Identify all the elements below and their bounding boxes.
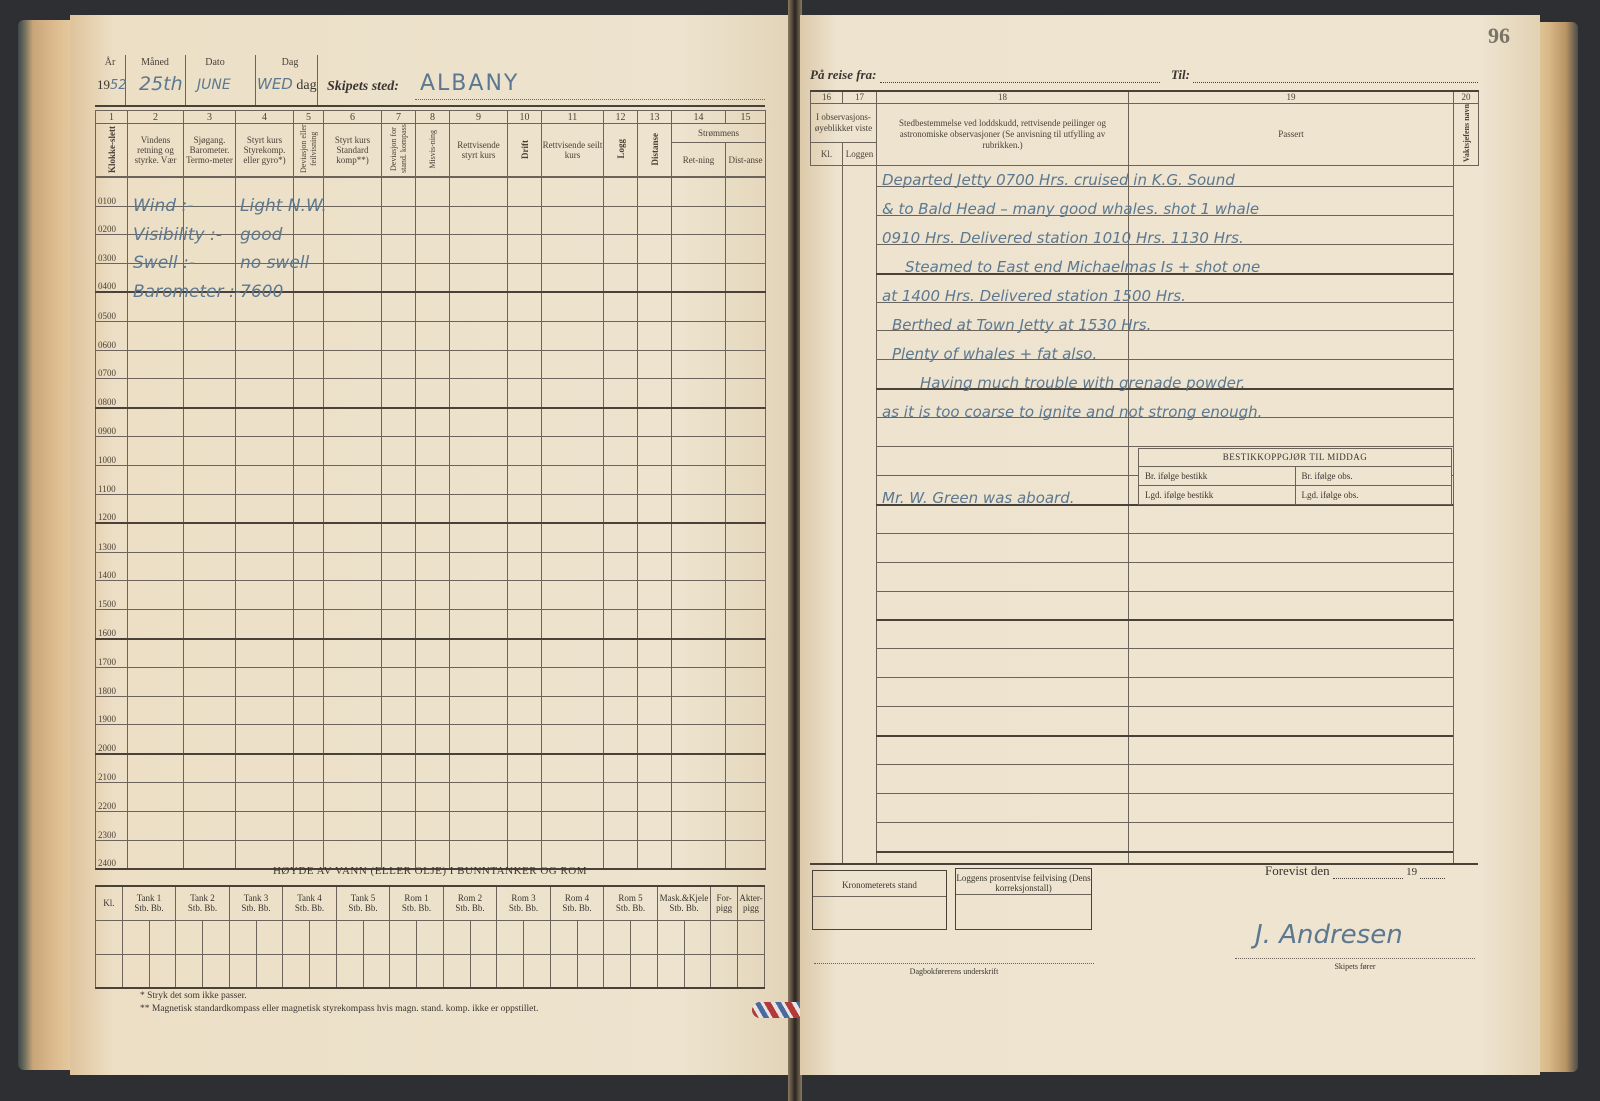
- tank-cell[interactable]: [122, 954, 149, 988]
- log-cell[interactable]: [508, 178, 542, 207]
- log-cell[interactable]: [726, 321, 766, 350]
- log-cell[interactable]: [324, 350, 382, 379]
- log-cell[interactable]: [638, 263, 672, 292]
- log-cell[interactable]: [416, 263, 450, 292]
- log-cell[interactable]: [236, 494, 294, 523]
- log-cell[interactable]: [450, 494, 508, 523]
- log-cell[interactable]: [726, 465, 766, 494]
- log-cell[interactable]: [542, 178, 604, 207]
- log-cell[interactable]: [508, 465, 542, 494]
- log-cell[interactable]: [604, 812, 638, 841]
- log-cell[interactable]: [604, 696, 638, 725]
- log-cell[interactable]: [508, 350, 542, 379]
- log-cell[interactable]: [236, 754, 294, 783]
- tank-cell[interactable]: [550, 954, 577, 988]
- log-cell[interactable]: [672, 725, 726, 754]
- log-cell[interactable]: [294, 581, 324, 610]
- log-cell[interactable]: [508, 263, 542, 292]
- log-cell[interactable]: [324, 379, 382, 408]
- log-cell[interactable]: [450, 812, 508, 841]
- log-cell[interactable]: [416, 696, 450, 725]
- log-cell[interactable]: [508, 696, 542, 725]
- log-cell[interactable]: [324, 235, 382, 264]
- log-cell[interactable]: [236, 465, 294, 494]
- log-cell[interactable]: [324, 263, 382, 292]
- log-cell[interactable]: [726, 206, 766, 235]
- log-cell[interactable]: [542, 552, 604, 581]
- log-cell[interactable]: [450, 581, 508, 610]
- log-cell[interactable]: [604, 725, 638, 754]
- log-cell[interactable]: [128, 408, 184, 437]
- log-cell[interactable]: [416, 379, 450, 408]
- log-cell[interactable]: [604, 494, 638, 523]
- tank-cell[interactable]: [738, 920, 765, 954]
- log-cell[interactable]: [236, 812, 294, 841]
- log-cell[interactable]: [508, 754, 542, 783]
- tank-cell[interactable]: [256, 920, 283, 954]
- log-cell[interactable]: [508, 321, 542, 350]
- log-cell[interactable]: [128, 609, 184, 638]
- tank-cell[interactable]: [336, 920, 363, 954]
- log-cell[interactable]: [236, 437, 294, 466]
- log-cell[interactable]: [604, 581, 638, 610]
- log-cell[interactable]: [324, 178, 382, 207]
- log-cell[interactable]: [294, 408, 324, 437]
- log-cell[interactable]: [128, 783, 184, 812]
- tank-cell[interactable]: [684, 954, 711, 988]
- log-cell[interactable]: [508, 437, 542, 466]
- log-cell[interactable]: [508, 235, 542, 264]
- log-cell[interactable]: [450, 668, 508, 697]
- tank-cell[interactable]: [283, 920, 310, 954]
- log-cell[interactable]: [294, 639, 324, 668]
- log-cell[interactable]: [324, 754, 382, 783]
- log-cell[interactable]: [324, 552, 382, 581]
- log-cell[interactable]: [382, 178, 416, 207]
- log-cell[interactable]: [604, 321, 638, 350]
- log-cell[interactable]: [128, 523, 184, 552]
- log-cell[interactable]: [638, 696, 672, 725]
- log-cell[interactable]: [324, 812, 382, 841]
- tank-cell[interactable]: [229, 954, 256, 988]
- log-cell[interactable]: [294, 379, 324, 408]
- log-cell[interactable]: [236, 523, 294, 552]
- log-cell[interactable]: [184, 465, 236, 494]
- log-cell[interactable]: [672, 178, 726, 207]
- log-cell[interactable]: [604, 408, 638, 437]
- log-cell[interactable]: [508, 609, 542, 638]
- log-cell[interactable]: [128, 754, 184, 783]
- log-cell[interactable]: [382, 465, 416, 494]
- log-cell[interactable]: [542, 783, 604, 812]
- log-cell[interactable]: [128, 379, 184, 408]
- shown-date-field[interactable]: [1333, 868, 1403, 879]
- log-cell[interactable]: [416, 494, 450, 523]
- log-cell[interactable]: [638, 494, 672, 523]
- log-cell[interactable]: [128, 321, 184, 350]
- log-cell[interactable]: [542, 379, 604, 408]
- tank-cell[interactable]: [631, 954, 658, 988]
- log-cell[interactable]: [450, 292, 508, 321]
- tank-cell[interactable]: [470, 954, 497, 988]
- log-cell[interactable]: [128, 668, 184, 697]
- log-cell[interactable]: [294, 523, 324, 552]
- log-cell[interactable]: [638, 408, 672, 437]
- log-cell[interactable]: [294, 812, 324, 841]
- log-cell[interactable]: [382, 379, 416, 408]
- log-cell[interactable]: [672, 581, 726, 610]
- log-cell[interactable]: [726, 668, 766, 697]
- log-cell[interactable]: [604, 754, 638, 783]
- log-cell[interactable]: [450, 696, 508, 725]
- log-cell[interactable]: [542, 668, 604, 697]
- log-cell[interactable]: [184, 812, 236, 841]
- log-cell[interactable]: [604, 263, 638, 292]
- log-cell[interactable]: [450, 321, 508, 350]
- log-cell[interactable]: [184, 321, 236, 350]
- log-cell[interactable]: [236, 552, 294, 581]
- log-cell[interactable]: [184, 696, 236, 725]
- log-cell[interactable]: [726, 350, 766, 379]
- log-cell[interactable]: [604, 178, 638, 207]
- log-cell[interactable]: [638, 350, 672, 379]
- log-cell[interactable]: [184, 437, 236, 466]
- log-cell[interactable]: [726, 408, 766, 437]
- log-cell[interactable]: [184, 754, 236, 783]
- log-cell[interactable]: [324, 494, 382, 523]
- tank-cell[interactable]: [443, 920, 470, 954]
- tank-cell[interactable]: [497, 954, 524, 988]
- log-cell[interactable]: [542, 812, 604, 841]
- log-cell[interactable]: [382, 408, 416, 437]
- log-cell[interactable]: [672, 350, 726, 379]
- log-cell[interactable]: [638, 783, 672, 812]
- log-cell[interactable]: [294, 609, 324, 638]
- log-cell[interactable]: [638, 178, 672, 207]
- log-cell[interactable]: [726, 725, 766, 754]
- log-cell[interactable]: [184, 783, 236, 812]
- tank-cell[interactable]: [524, 954, 551, 988]
- log-cell[interactable]: [542, 465, 604, 494]
- log-cell[interactable]: [294, 350, 324, 379]
- log-cell[interactable]: [236, 408, 294, 437]
- log-cell[interactable]: [416, 206, 450, 235]
- log-cell[interactable]: [542, 581, 604, 610]
- log-cell[interactable]: [542, 437, 604, 466]
- tank-cell[interactable]: [149, 920, 176, 954]
- log-cell[interactable]: [294, 668, 324, 697]
- log-cell[interactable]: [508, 379, 542, 408]
- log-cell[interactable]: [294, 494, 324, 523]
- log-cell[interactable]: [294, 552, 324, 581]
- log-cell[interactable]: [672, 465, 726, 494]
- log-cell[interactable]: [542, 206, 604, 235]
- log-cell[interactable]: [508, 725, 542, 754]
- log-cell[interactable]: [382, 668, 416, 697]
- log-cell[interactable]: [128, 581, 184, 610]
- tank-cell[interactable]: [657, 954, 684, 988]
- tank-cell[interactable]: [390, 920, 417, 954]
- tank-cell[interactable]: [283, 954, 310, 988]
- log-cell[interactable]: [416, 321, 450, 350]
- log-cell[interactable]: [128, 494, 184, 523]
- tank-cell[interactable]: [443, 954, 470, 988]
- log-cell[interactable]: [236, 379, 294, 408]
- log-cell[interactable]: [638, 812, 672, 841]
- tank-cell[interactable]: [738, 954, 765, 988]
- log-cell[interactable]: [184, 350, 236, 379]
- log-cell[interactable]: [382, 523, 416, 552]
- log-cell[interactable]: [236, 639, 294, 668]
- log-cell[interactable]: [294, 321, 324, 350]
- log-cell[interactable]: [726, 581, 766, 610]
- tank-cell[interactable]: [310, 920, 337, 954]
- log-cell[interactable]: [726, 292, 766, 321]
- tank-cell[interactable]: [203, 920, 230, 954]
- tank-cell[interactable]: [229, 920, 256, 954]
- log-cell[interactable]: [726, 754, 766, 783]
- log-cell[interactable]: [726, 523, 766, 552]
- log-cell[interactable]: [324, 668, 382, 697]
- tank-cell[interactable]: [310, 954, 337, 988]
- log-cell[interactable]: [542, 754, 604, 783]
- log-cell[interactable]: [382, 437, 416, 466]
- log-cell[interactable]: [672, 523, 726, 552]
- log-cell[interactable]: [236, 350, 294, 379]
- log-cell[interactable]: [324, 465, 382, 494]
- log-cell[interactable]: [726, 263, 766, 292]
- log-cell[interactable]: [672, 263, 726, 292]
- log-cell[interactable]: [638, 465, 672, 494]
- log-cell[interactable]: [128, 696, 184, 725]
- log-cell[interactable]: [450, 350, 508, 379]
- tank-cell[interactable]: [497, 920, 524, 954]
- log-cell[interactable]: [184, 379, 236, 408]
- log-cell[interactable]: [542, 609, 604, 638]
- log-cell[interactable]: [508, 581, 542, 610]
- log-cell[interactable]: [672, 668, 726, 697]
- log-cell[interactable]: [726, 812, 766, 841]
- log-cell[interactable]: [508, 523, 542, 552]
- log-cell[interactable]: [672, 552, 726, 581]
- tank-cell[interactable]: [122, 920, 149, 954]
- log-cell[interactable]: [508, 408, 542, 437]
- log-cell[interactable]: [542, 321, 604, 350]
- log-cell[interactable]: [416, 812, 450, 841]
- tank-cell[interactable]: [604, 920, 631, 954]
- log-cell[interactable]: [128, 350, 184, 379]
- log-cell[interactable]: [638, 639, 672, 668]
- log-cell[interactable]: [542, 408, 604, 437]
- log-cell[interactable]: [672, 494, 726, 523]
- log-cell[interactable]: [672, 639, 726, 668]
- log-cell[interactable]: [184, 581, 236, 610]
- log-cell[interactable]: [294, 783, 324, 812]
- log-cell[interactable]: [184, 552, 236, 581]
- log-cell[interactable]: [294, 437, 324, 466]
- log-cell[interactable]: [672, 696, 726, 725]
- log-cell[interactable]: [638, 206, 672, 235]
- log-cell[interactable]: [672, 379, 726, 408]
- log-cell[interactable]: [638, 437, 672, 466]
- log-cell[interactable]: [726, 235, 766, 264]
- log-cell[interactable]: [542, 639, 604, 668]
- log-cell[interactable]: [128, 437, 184, 466]
- log-cell[interactable]: [450, 408, 508, 437]
- log-cell[interactable]: [416, 235, 450, 264]
- log-cell[interactable]: [382, 235, 416, 264]
- log-cell[interactable]: [726, 609, 766, 638]
- log-cell[interactable]: [508, 494, 542, 523]
- log-cell[interactable]: [638, 523, 672, 552]
- tank-cell[interactable]: [363, 954, 390, 988]
- tank-cell[interactable]: [577, 954, 604, 988]
- log-cell[interactable]: [508, 292, 542, 321]
- log-cell[interactable]: [508, 668, 542, 697]
- log-cell[interactable]: [382, 609, 416, 638]
- log-cell[interactable]: [416, 668, 450, 697]
- log-cell[interactable]: [726, 494, 766, 523]
- tank-cell[interactable]: [417, 920, 444, 954]
- log-cell[interactable]: [604, 783, 638, 812]
- log-cell[interactable]: [450, 235, 508, 264]
- log-cell[interactable]: [450, 552, 508, 581]
- log-cell[interactable]: [450, 609, 508, 638]
- log-cell[interactable]: [382, 263, 416, 292]
- log-cell[interactable]: [542, 235, 604, 264]
- log-cell[interactable]: [604, 292, 638, 321]
- tank-cell[interactable]: [176, 954, 203, 988]
- log-cell[interactable]: [416, 754, 450, 783]
- log-cell[interactable]: [382, 696, 416, 725]
- log-cell[interactable]: [726, 639, 766, 668]
- tank-cell[interactable]: [524, 920, 551, 954]
- log-cell[interactable]: [184, 668, 236, 697]
- log-cell[interactable]: [294, 725, 324, 754]
- log-cell[interactable]: [638, 321, 672, 350]
- tank-cell[interactable]: [149, 954, 176, 988]
- log-cell[interactable]: [324, 437, 382, 466]
- log-cell[interactable]: [382, 812, 416, 841]
- log-cell[interactable]: [416, 523, 450, 552]
- log-cell[interactable]: [236, 696, 294, 725]
- log-cell[interactable]: [604, 552, 638, 581]
- log-cell[interactable]: [324, 206, 382, 235]
- tank-cell[interactable]: [336, 954, 363, 988]
- log-cell[interactable]: [382, 754, 416, 783]
- log-cell[interactable]: [128, 552, 184, 581]
- log-cell[interactable]: [508, 812, 542, 841]
- log-cell[interactable]: [382, 783, 416, 812]
- log-cell[interactable]: [508, 639, 542, 668]
- log-cell[interactable]: [450, 639, 508, 668]
- log-cell[interactable]: [450, 206, 508, 235]
- log-cell[interactable]: [236, 783, 294, 812]
- log-cell[interactable]: [672, 812, 726, 841]
- log-cell[interactable]: [236, 668, 294, 697]
- log-cell[interactable]: [184, 725, 236, 754]
- log-cell[interactable]: [604, 668, 638, 697]
- log-cell[interactable]: [604, 609, 638, 638]
- log-cell[interactable]: [416, 178, 450, 207]
- log-cell[interactable]: [542, 725, 604, 754]
- log-cell[interactable]: [382, 552, 416, 581]
- log-cell[interactable]: [542, 292, 604, 321]
- tank-cell[interactable]: [363, 920, 390, 954]
- log-cell[interactable]: [416, 292, 450, 321]
- tank-cell[interactable]: [256, 954, 283, 988]
- log-cell[interactable]: [416, 581, 450, 610]
- log-cell[interactable]: [450, 178, 508, 207]
- log-cell[interactable]: [416, 465, 450, 494]
- tank-cell[interactable]: [470, 920, 497, 954]
- log-cell[interactable]: [508, 206, 542, 235]
- log-cell[interactable]: [450, 754, 508, 783]
- log-cell[interactable]: [416, 350, 450, 379]
- log-cell[interactable]: [236, 725, 294, 754]
- log-cell[interactable]: [236, 321, 294, 350]
- log-cell[interactable]: [382, 639, 416, 668]
- log-cell[interactable]: [638, 668, 672, 697]
- log-cell[interactable]: [324, 725, 382, 754]
- log-cell[interactable]: [450, 379, 508, 408]
- log-cell[interactable]: [128, 639, 184, 668]
- log-cell[interactable]: [450, 783, 508, 812]
- log-cell[interactable]: [324, 292, 382, 321]
- log-cell[interactable]: [184, 408, 236, 437]
- log-cell[interactable]: [416, 725, 450, 754]
- log-cell[interactable]: [236, 609, 294, 638]
- log-cell[interactable]: [382, 350, 416, 379]
- log-cell[interactable]: [604, 523, 638, 552]
- log-cell[interactable]: [508, 552, 542, 581]
- log-cell[interactable]: [184, 523, 236, 552]
- log-cell[interactable]: [638, 292, 672, 321]
- log-cell[interactable]: [726, 379, 766, 408]
- log-cell[interactable]: [324, 783, 382, 812]
- log-cell[interactable]: [672, 437, 726, 466]
- log-cell[interactable]: [416, 639, 450, 668]
- log-cell[interactable]: [726, 783, 766, 812]
- log-cell[interactable]: [672, 754, 726, 783]
- log-cell[interactable]: [672, 609, 726, 638]
- log-cell[interactable]: [508, 783, 542, 812]
- log-cell[interactable]: [382, 292, 416, 321]
- log-cell[interactable]: [638, 235, 672, 264]
- log-cell[interactable]: [638, 725, 672, 754]
- log-cell[interactable]: [294, 754, 324, 783]
- log-cell[interactable]: [294, 465, 324, 494]
- log-cell[interactable]: [542, 523, 604, 552]
- log-cell[interactable]: [382, 581, 416, 610]
- log-cell[interactable]: [416, 609, 450, 638]
- tank-cell[interactable]: [550, 920, 577, 954]
- log-cell[interactable]: [382, 494, 416, 523]
- log-cell[interactable]: [416, 783, 450, 812]
- log-cell[interactable]: [184, 609, 236, 638]
- log-cell[interactable]: [672, 321, 726, 350]
- tank-cell[interactable]: [390, 954, 417, 988]
- log-cell[interactable]: [184, 639, 236, 668]
- log-cell[interactable]: [672, 235, 726, 264]
- log-cell[interactable]: [416, 408, 450, 437]
- log-cell[interactable]: [542, 350, 604, 379]
- tank-cell[interactable]: [203, 954, 230, 988]
- log-cell[interactable]: [604, 437, 638, 466]
- log-cell[interactable]: [236, 581, 294, 610]
- tank-cell[interactable]: [684, 920, 711, 954]
- log-cell[interactable]: [672, 292, 726, 321]
